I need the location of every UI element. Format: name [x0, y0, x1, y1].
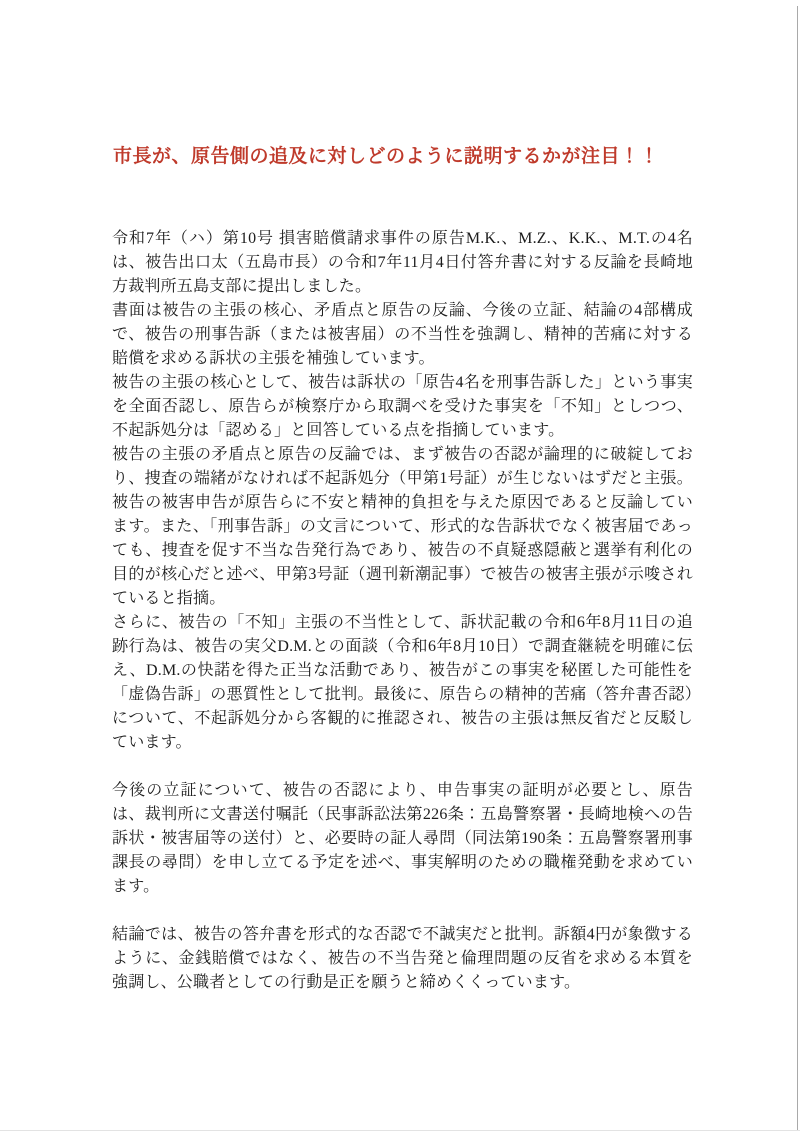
document-heading: 市長が、原告側の追及に対しどのように説明するかが注目！！ [113, 144, 673, 170]
paragraph: 被告の主張の矛盾点と原告の反論では、まず被告の否認が論理的に破綻しており、捜査の… [112, 443, 693, 611]
paragraph: 書面は被告の主張の核心、矛盾点と原告の反論、今後の立証、結論の4部構成で、被告の… [112, 299, 693, 371]
text-block: 今後の立証について、被告の否認により、申告事実の証明が必要とし、原告は、裁判所に… [112, 779, 693, 899]
paragraph: 結論では、被告の答弁書を形式的な否認で不誠実だと批判。訴額4円が象徴するように、… [112, 923, 693, 995]
text-block: 結論では、被告の答弁書を形式的な否認で不誠実だと批判。訴額4円が象徴するように、… [112, 923, 693, 995]
paragraph: 被告の主張の核心として、被告は訴状の「原告4名を刑事告訴した」という事実を全面否… [112, 371, 693, 443]
document-body: 令和7年（ハ）第10号 損害賠償請求事件の原告M.K.、M.Z.、K.K.、M.… [112, 227, 693, 995]
page-edge-right-divider [797, 6, 798, 1131]
paragraph: さらに、被告の「不知」主張の不当性として、訴状記載の令和6年8月11日の追跡行為… [112, 611, 693, 755]
paragraph: 今後の立証について、被告の否認により、申告事実の証明が必要とし、原告は、裁判所に… [112, 779, 693, 899]
document-page: 市長が、原告側の追及に対しどのように説明するかが注目！！ 令和7年（ハ）第10号… [0, 0, 800, 1131]
text-block: 令和7年（ハ）第10号 損害賠償請求事件の原告M.K.、M.Z.、K.K.、M.… [112, 227, 693, 755]
paragraph: 令和7年（ハ）第10号 損害賠償請求事件の原告M.K.、M.Z.、K.K.、M.… [112, 227, 693, 299]
